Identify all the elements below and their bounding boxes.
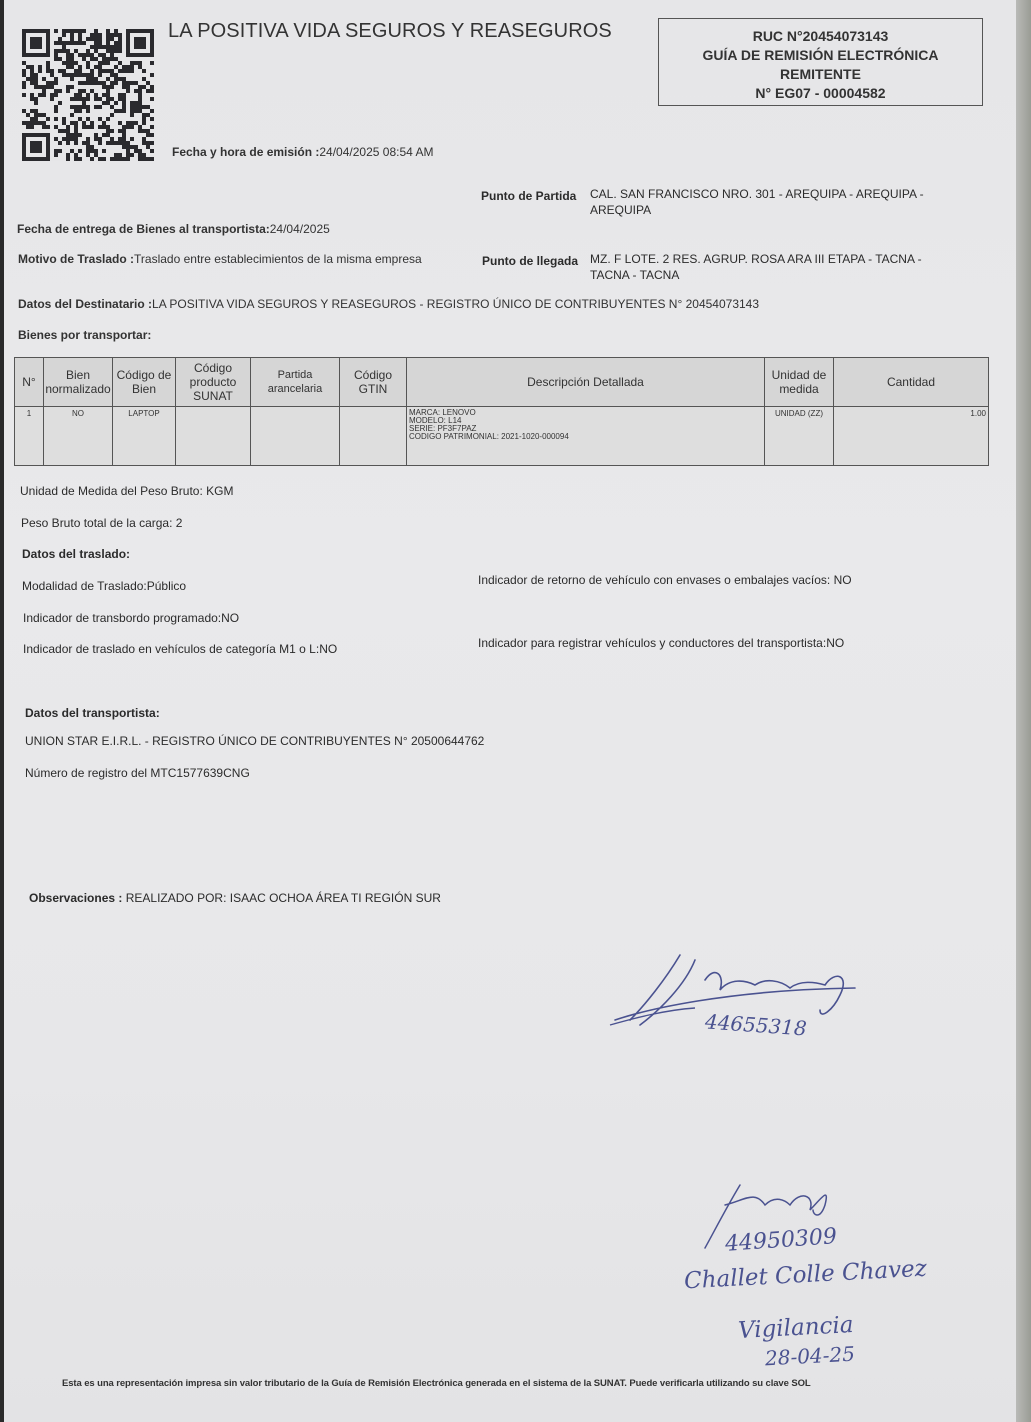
- document-type: GUÍA DE REMISIÓN ELECTRÓNICA: [659, 46, 982, 65]
- observations-value: REALIZADO POR: ISAAC OCHOA ÁREA TI REGIÓ…: [126, 891, 441, 905]
- mtc-value: 1577639CNG: [176, 766, 249, 780]
- cell-normalized: NO: [44, 407, 113, 466]
- transfer-reason: Motivo de Traslado :Traslado entre estab…: [18, 252, 422, 266]
- cell-description: MARCA: LENOVO MODELO: L14 SERIE: PF3F7PA…: [407, 407, 765, 466]
- cell-gtin: [340, 407, 407, 466]
- desc-asset-code: CODIGO PATRIMONIAL: 2021-1020-000094: [409, 433, 762, 441]
- col-sunat-code: Código producto SUNAT: [176, 358, 251, 407]
- transshipment-label: Indicador de transbordo programado:: [23, 611, 221, 625]
- transshipment-indicator: Indicador de transbordo programado:NO: [23, 611, 239, 625]
- qr-code-icon: [22, 28, 154, 162]
- recipient-data: Datos del Destinatario :LA POSITIVA VIDA…: [18, 297, 759, 311]
- delivery-date: Fecha de entrega de Bienes al transporti…: [17, 222, 330, 236]
- col-gtin: Código GTIN: [340, 358, 407, 407]
- transfer-modality-value: Público: [147, 579, 186, 593]
- recipient-value: LA POSITIVA VIDA SEGUROS Y REASEGUROS - …: [152, 297, 759, 311]
- table-row: 1 NO LAPTOP MARCA: LENOVO MODELO: L14 SE…: [15, 407, 989, 466]
- emission-label: Fecha y hora de emisión :: [172, 145, 319, 159]
- delivery-date-label: Fecha de entrega de Bienes al transporti…: [17, 222, 270, 236]
- company-name: LA POSITIVA VIDA SEGUROS Y REASEGUROS: [168, 20, 612, 43]
- transfer-heading: Datos del traslado:: [22, 547, 130, 561]
- observations: Observaciones : REALIZADO POR: ISAAC OCH…: [29, 891, 441, 905]
- signature-2-date: 28-04-25: [764, 1342, 855, 1371]
- transshipment-value: NO: [221, 611, 239, 625]
- register-indicator: Indicador para registrar vehículos y con…: [478, 636, 844, 650]
- col-tariff: Partida arancelaria: [251, 358, 340, 407]
- return-indicator-label: Indicador de retorno de vehículo con env…: [478, 573, 830, 587]
- cell-goods-code: LAPTOP: [113, 407, 176, 466]
- weight-unit: Unidad de Medida del Peso Bruto: KGM: [20, 484, 233, 498]
- origin-label: Punto de Partida: [481, 189, 576, 203]
- weight-total: Peso Bruto total de la carga: 2: [21, 516, 182, 530]
- m1l-value: NO: [319, 642, 337, 656]
- col-normalized: Bien normalizado: [44, 358, 113, 407]
- document-subtype: REMITENTE: [659, 65, 982, 84]
- col-goods-code: Código de Bien: [113, 358, 176, 407]
- destination-label: Punto de llegada: [482, 254, 578, 268]
- origin-value: CAL. SAN FRANCISCO NRO. 301 - AREQUIPA -…: [590, 186, 950, 218]
- transfer-reason-value: Traslado entre establecimientos de la mi…: [134, 252, 422, 266]
- goods-heading: Bienes por transportar:: [18, 328, 151, 342]
- recipient-label: Datos del Destinatario :: [18, 297, 152, 311]
- weight-unit-value: KGM: [206, 484, 233, 498]
- ruc-number: RUC N°20454073143: [659, 27, 982, 46]
- delivery-date-value: 24/04/2025: [270, 222, 330, 236]
- weight-total-label: Peso Bruto total de la carga:: [21, 516, 172, 530]
- observations-label: Observaciones :: [29, 891, 122, 905]
- document-id-box: RUC N°20454073143 GUÍA DE REMISIÓN ELECT…: [658, 18, 983, 106]
- col-unit: Unidad de medida: [765, 358, 834, 407]
- destination-value: MZ. F LOTE. 2 RES. AGRUP. ROSA ARA III E…: [590, 251, 950, 283]
- col-description: Descripción Detallada: [407, 358, 765, 407]
- col-quantity: Cantidad: [834, 358, 989, 407]
- return-indicator: Indicador de retorno de vehículo con env…: [478, 573, 852, 587]
- cell-number: 1: [15, 407, 44, 466]
- carrier-name: UNION STAR E.I.R.L. - REGISTRO ÚNICO DE …: [25, 734, 484, 748]
- transfer-modality-label: Modalidad de Traslado:: [22, 579, 147, 593]
- desc-brand: MARCA: LENOVO: [409, 409, 762, 417]
- cell-tariff: [251, 407, 340, 466]
- emission-datetime: Fecha y hora de emisión :24/04/2025 08:5…: [172, 145, 433, 159]
- register-label: Indicador para registrar vehículos y con…: [478, 636, 826, 650]
- col-number: N°: [15, 358, 44, 407]
- weight-unit-label: Unidad de Medida del Peso Bruto:: [20, 484, 203, 498]
- background-edge: [1016, 0, 1031, 1422]
- cell-quantity: 1.00: [834, 407, 989, 466]
- cell-sunat-code: [176, 407, 251, 466]
- m1l-indicator: Indicador de traslado en vehículos de ca…: [23, 642, 337, 656]
- carrier-mtc: Número de registro del MTC1577639CNG: [25, 766, 250, 780]
- transfer-modality: Modalidad de Traslado:Público: [22, 579, 186, 593]
- carrier-heading: Datos del transportista:: [25, 706, 160, 720]
- return-indicator-value: NO: [834, 573, 852, 587]
- transfer-reason-label: Motivo de Traslado :: [18, 252, 134, 266]
- emission-value: 24/04/2025 08:54 AM: [319, 145, 433, 159]
- m1l-label: Indicador de traslado en vehículos de ca…: [23, 642, 319, 656]
- footer-disclaimer: Esta es una representación impresa sin v…: [62, 1378, 811, 1389]
- cell-unit: UNIDAD (ZZ): [765, 407, 834, 466]
- goods-table: N° Bien normalizado Código de Bien Códig…: [14, 357, 989, 466]
- document-number: N° EG07 - 00004582: [659, 84, 982, 103]
- mtc-label: Número de registro del MTC: [25, 766, 176, 780]
- goods-table-header: N° Bien normalizado Código de Bien Códig…: [15, 358, 989, 407]
- register-value: NO: [826, 636, 844, 650]
- weight-total-value: 2: [176, 516, 183, 530]
